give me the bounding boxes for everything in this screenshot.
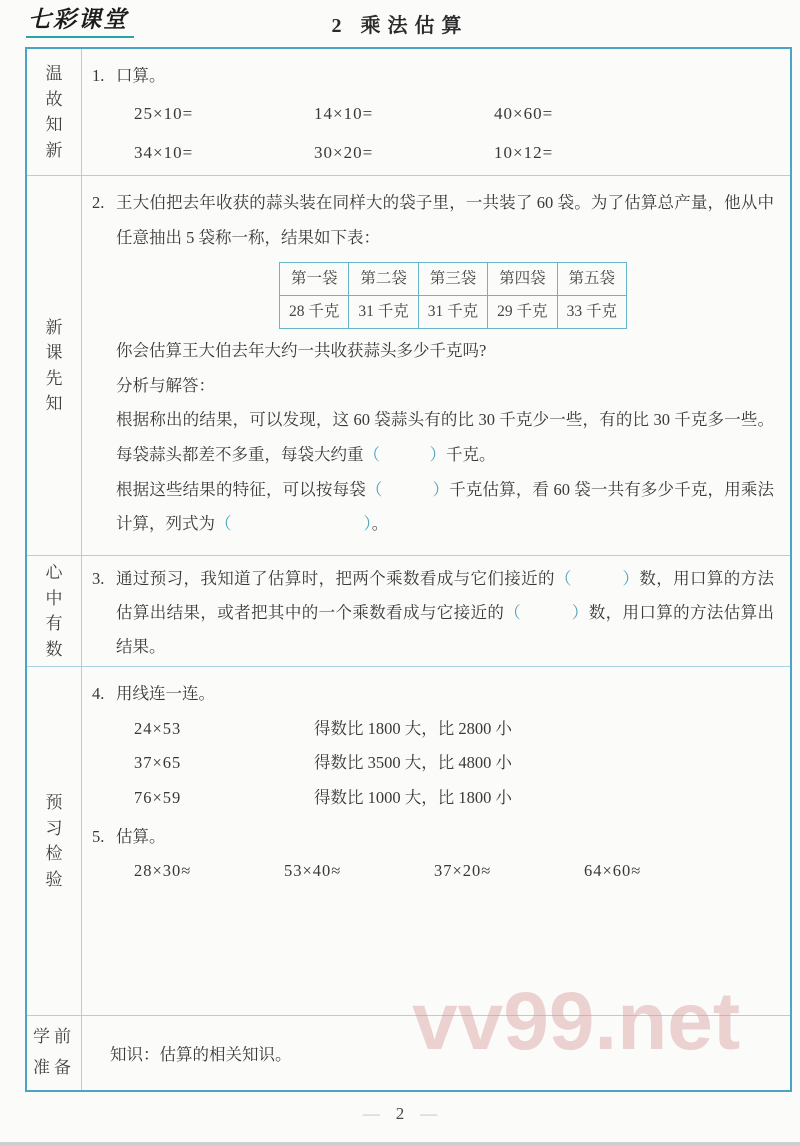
section-preparation-content: 知识：估算的相关知识。 [82, 1016, 790, 1090]
section-key-points-content: 3.通过预习，我知道了估算时，把两个乘数看成与它们接近的（ ）数，用口算的方法估… [82, 556, 790, 666]
question-number: 3. [92, 562, 104, 596]
section-review: 温故知新 1.口算。 25×10= 14×10= 40×60= 34×10= 3… [27, 49, 790, 176]
question-1-title: 1.口算。 [90, 59, 774, 94]
paragraph-text: 根据这些结果的特征，可以按每袋 [116, 480, 366, 499]
match-description: 得数比 1800 大，比 2800 小 [314, 712, 774, 747]
footer-dash: — [420, 1104, 437, 1123]
question-intro-text: 王大伯把去年收获的蒜头装在同样大的袋子里，一共装了 60 袋。为了估算总产量，他… [116, 193, 774, 247]
fill-in-blank: （ ） [366, 480, 449, 499]
question-number: 1. [92, 59, 104, 94]
section-preparation-label: 学前准备 [32, 1022, 76, 1083]
analysis-paragraph-2: 根据这些结果的特征，可以按每袋（ ）千克估算，看 60 袋一共有多少千克，用乘法… [116, 473, 774, 542]
match-row: 24×53 得数比 1800 大，比 2800 小 [134, 712, 774, 747]
match-description: 得数比 3500 大，比 4800 小 [314, 746, 774, 781]
equation: 30×20= [314, 135, 494, 171]
table-cell: 28 千克 [280, 296, 349, 329]
table-header-cell: 第三袋 [418, 263, 487, 296]
section-preview-check-label: 预习检验 [45, 790, 64, 892]
question-title-text: 用线连一连。 [116, 684, 215, 703]
question-number: 5. [92, 820, 104, 855]
match-expression: 24×53 [134, 712, 314, 747]
match-expression: 37×65 [134, 746, 314, 781]
question-title-text: 估算。 [116, 827, 166, 846]
equation: 37×20≈ [434, 854, 584, 889]
section-review-content: 1.口算。 25×10= 14×10= 40×60= 34×10= 30×20=… [82, 49, 790, 175]
question-3-text: 3.通过预习，我知道了估算时，把两个乘数看成与它们接近的（ ）数，用口算的方法估… [90, 562, 774, 663]
question-2-intro: 2.王大伯把去年收获的蒜头装在同样大的袋子里，一共装了 60 袋。为了估算总产量… [90, 186, 774, 255]
section-review-label: 温故知新 [45, 61, 64, 163]
table-header-cell: 第四袋 [488, 263, 557, 296]
table-header-cell: 第二袋 [349, 263, 418, 296]
worksheet-table: 温故知新 1.口算。 25×10= 14×10= 40×60= 34×10= 3… [25, 47, 792, 1092]
table-header-cell: 第五袋 [557, 263, 626, 296]
estimation-problems: 28×30≈ 53×40≈ 37×20≈ 64×60≈ [134, 854, 774, 889]
section-key-points-label: 心中有数 [45, 560, 64, 662]
equation: 53×40≈ [284, 854, 434, 889]
fill-in-blank: （ ） [555, 569, 639, 588]
question-4-title: 4.用线连一连。 [90, 677, 774, 712]
paragraph-text: 。 [372, 514, 389, 533]
table-value-row: 28 千克 31 千克 31 千克 29 千克 33 千克 [280, 296, 627, 329]
section-new-lesson: 新课先知 2.王大伯把去年收获的蒜头装在同样大的袋子里，一共装了 60 袋。为了… [27, 176, 790, 556]
page-number: 2 [396, 1104, 405, 1123]
table-cell: 33 千克 [557, 296, 626, 329]
estimation-question: 你会估算王大伯去年大约一共收获蒜头多少千克吗? [116, 334, 774, 369]
fill-in-blank: （ ） [364, 445, 447, 464]
section-key-points: 心中有数 3.通过预习，我知道了估算时，把两个乘数看成与它们接近的（ ）数，用口… [27, 556, 790, 667]
table-cell: 29 千克 [488, 296, 557, 329]
equation: 64×60≈ [584, 854, 734, 889]
equation: 14×10= [314, 96, 494, 132]
question-title-text: 口算。 [116, 66, 166, 85]
question-number: 2. [92, 186, 104, 221]
bag-weight-table: 第一袋 第二袋 第三袋 第四袋 第五袋 28 千克 31 千克 31 千克 29… [279, 262, 627, 329]
page-footer: —2— [0, 1104, 800, 1124]
table-header-cell: 第一袋 [280, 263, 349, 296]
section-label-cell: 新课先知 [27, 176, 82, 555]
section-new-lesson-content: 2.王大伯把去年收获的蒜头装在同样大的袋子里，一共装了 60 袋。为了估算总产量… [82, 176, 790, 555]
table-cell: 31 千克 [418, 296, 487, 329]
table-cell: 31 千克 [349, 296, 418, 329]
section-new-lesson-label: 新课先知 [45, 315, 64, 417]
question-5-title: 5.估算。 [90, 820, 774, 855]
question-number: 4. [92, 677, 104, 712]
preparation-text: 知识：估算的相关知识。 [110, 1041, 292, 1065]
equation: 25×10= [134, 96, 314, 132]
analysis-label: 分析与解答： [116, 369, 774, 404]
paragraph-text: 通过预习，我知道了估算时，把两个乘数看成与它们接近的 [116, 569, 555, 588]
analysis-paragraph-1: 根据称出的结果，可以发现，这 60 袋蒜头有的比 30 千克少一些，有的比 30… [116, 403, 774, 472]
section-label-cell: 预习检验 [27, 667, 82, 1015]
match-row: 37×65 得数比 3500 大，比 4800 小 [134, 746, 774, 781]
fill-in-blank: （ ） [504, 603, 588, 622]
section-label-cell: 温故知新 [27, 49, 82, 175]
section-label-cell: 心中有数 [27, 556, 82, 666]
table-header-row: 第一袋 第二袋 第三袋 第四袋 第五袋 [280, 263, 627, 296]
footer-dash: — [363, 1104, 380, 1123]
fill-in-blank: （ ） [215, 514, 372, 533]
section-label-cell: 学前准备 [27, 1016, 82, 1090]
equation: 28×30≈ [134, 854, 284, 889]
section-preview-check-content: 4.用线连一连。 24×53 得数比 1800 大，比 2800 小 37×65… [82, 667, 790, 1015]
oral-calculation-problems: 25×10= 14×10= 40×60= 34×10= 30×20= 10×12… [134, 96, 774, 171]
equation: 40×60= [494, 96, 669, 132]
equation: 34×10= [134, 135, 314, 171]
paragraph-text: 千克。 [446, 445, 496, 464]
match-description: 得数比 1000 大，比 1800 小 [314, 781, 774, 816]
page-title: 2 乘法估算 [0, 9, 800, 38]
scan-edge [0, 1142, 800, 1146]
section-preparation: 学前准备 知识：估算的相关知识。 [27, 1016, 790, 1090]
match-row: 76×59 得数比 1000 大，比 1800 小 [134, 781, 774, 816]
match-expression: 76×59 [134, 781, 314, 816]
equation: 10×12= [494, 135, 669, 171]
section-preview-check: 预习检验 4.用线连一连。 24×53 得数比 1800 大，比 2800 小 … [27, 667, 790, 1016]
